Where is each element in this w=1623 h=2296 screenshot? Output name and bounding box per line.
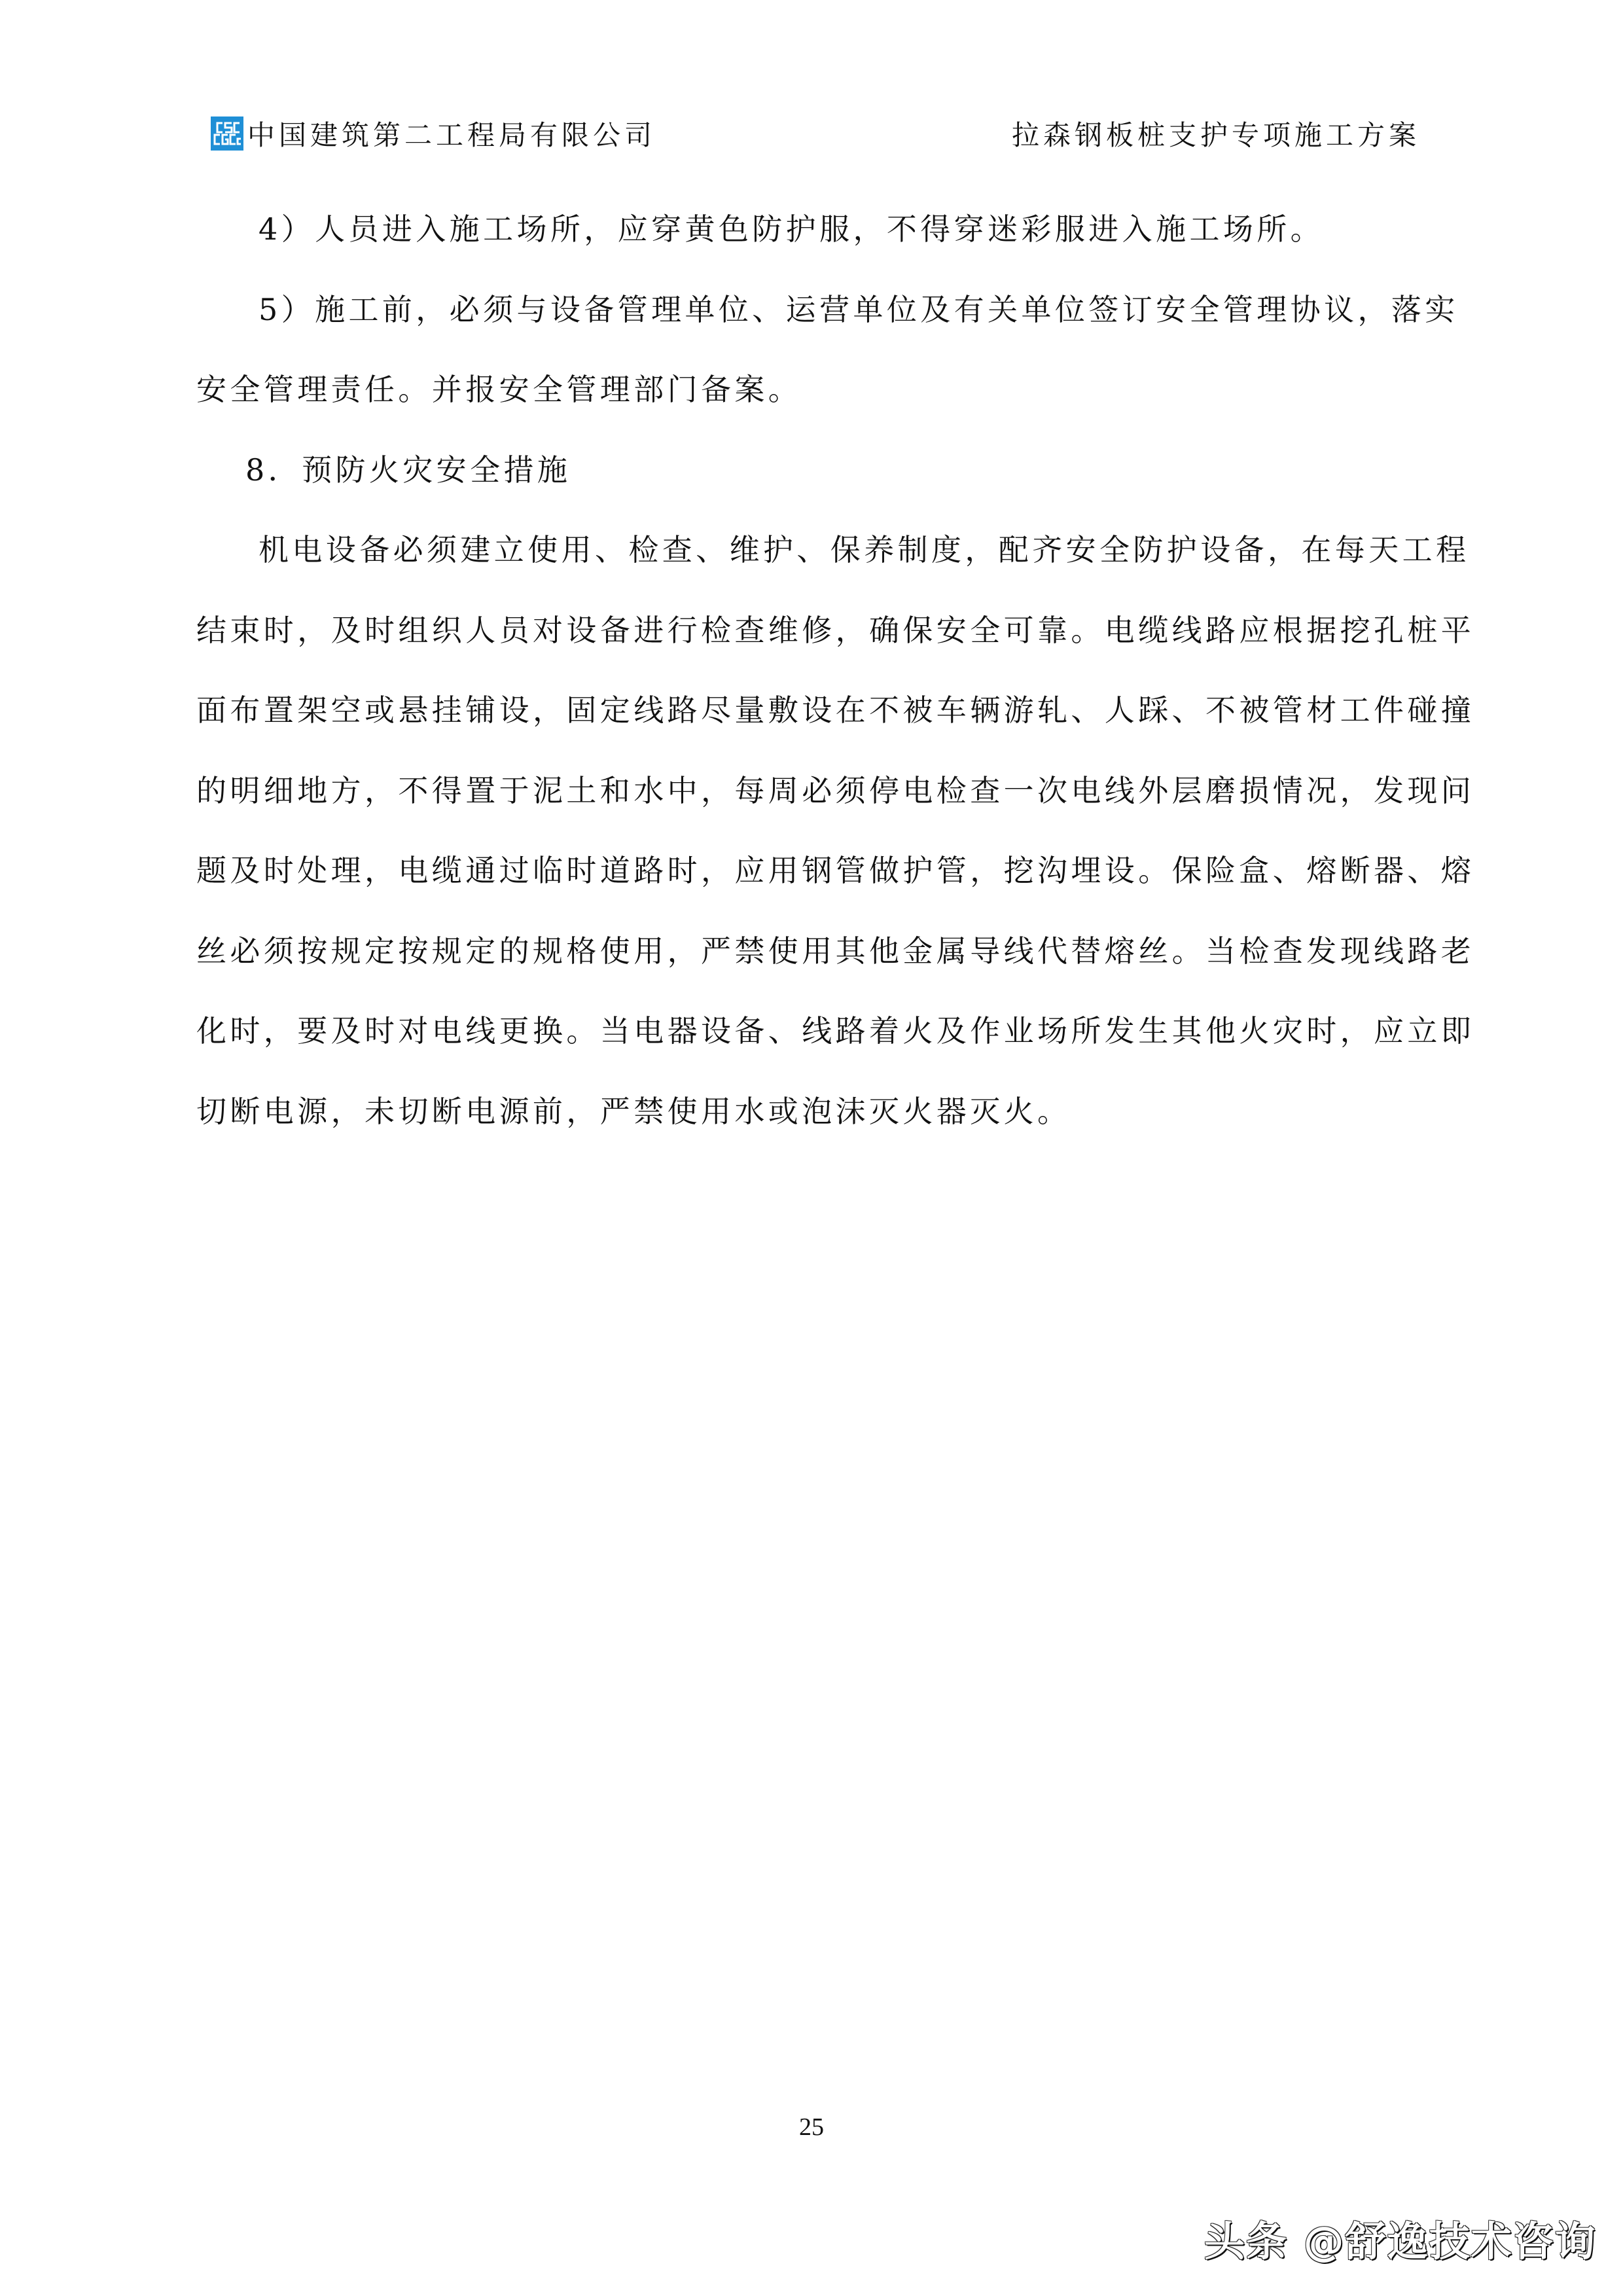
paragraph-line: 切断电源，未切断电源前，严禁使用水或泡沫灭火器灭火。 (196, 1079, 1433, 1159)
list-item-5-line-2: 安全管理责任。并报安全管理部门备案。 (196, 357, 1433, 437)
paragraph-line: 丝必须按规定按规定的规格使用，严禁使用其他金属导线代替熔丝。当检查发现线路老 (196, 918, 1433, 999)
watermark: 头条 @舒逸技术咨询 (1204, 2209, 1597, 2267)
section-heading: 8．预防火灾安全措施 (196, 437, 1433, 518)
company-name: 中国建筑第二工程局有限公司 (247, 114, 656, 153)
paragraph-line: 面布置架空或悬挂铺设，固定线路尽量敷设在不被车辆游轧、人踩、不被管材工件碰撞 (196, 677, 1433, 758)
paragraph-line: 题及时处理，电缆通过临时道路时，应用钢管做护管，挖沟埋设。保险盒、熔断器、熔 (196, 838, 1433, 918)
document-body: 4）人员进入施工场所，应穿黄色防护服，不得穿迷彩服进入施工场所。 5）施工前，必… (196, 196, 1433, 1158)
company-logo-icon (211, 117, 243, 151)
paragraph-line: 的明细地方，不得置于泥土和水中，每周必须停电检查一次电线外层磨损情况，发现问 (196, 758, 1433, 838)
list-item-4: 4）人员进入施工场所，应穿黄色防护服，不得穿迷彩服进入施工场所。 (196, 196, 1433, 277)
paragraph-line: 化时，要及时对电线更换。当电器设备、线路着火及作业场所发生其他火灾时，应立即 (196, 998, 1433, 1079)
paragraph-line: 机电设备必须建立使用、检查、维护、保养制度，配齐安全防护设备，在每天工程 (196, 517, 1433, 598)
page-number: 25 (0, 2113, 1623, 2142)
document-title: 拉森钢板桩支护专项施工方案 (1012, 114, 1420, 153)
paragraph-line: 结束时，及时组织人员对设备进行检查维修，确保安全可靠。电缆线路应根据挖孔桩平 (196, 598, 1433, 678)
list-item-5-line-1: 5）施工前，必须与设备管理单位、运营单位及有关单位签订安全管理协议，落实 (196, 277, 1433, 357)
header-left: 中国建筑第二工程局有限公司 (211, 114, 656, 153)
page-header: 中国建筑第二工程局有限公司 拉森钢板桩支护专项施工方案 (211, 115, 1420, 152)
